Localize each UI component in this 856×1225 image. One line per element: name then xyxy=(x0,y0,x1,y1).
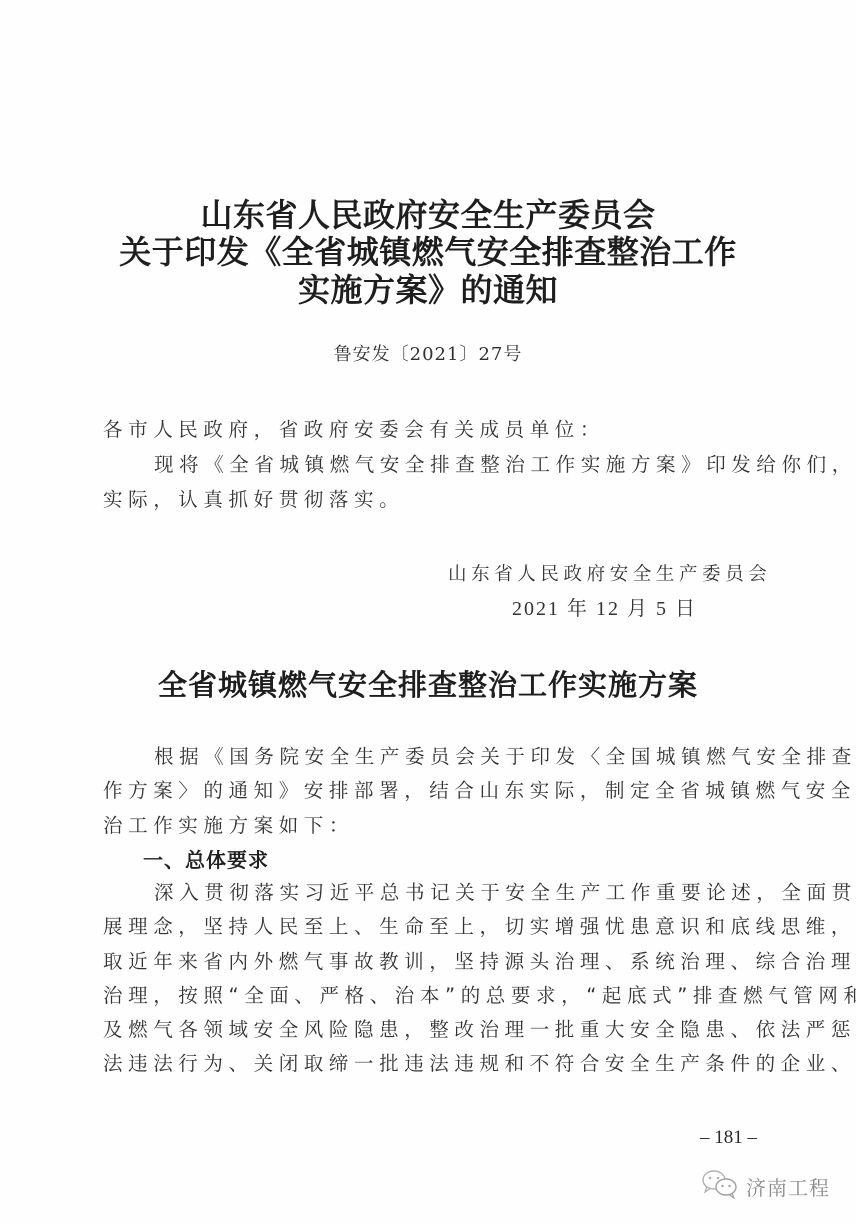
page-number: – 181 – xyxy=(700,1126,757,1150)
notice-body-line-2: 实际，认真抓好贯彻落实。 xyxy=(103,487,763,513)
watermark-text: 济南工程 xyxy=(746,1172,830,1201)
notice-title-line-1: 山东省人民政府安全生产委员会 xyxy=(0,196,856,234)
intro-line-1: 根据《国务院安全生产委员会关于印发〈全国城镇燃气安全排查整治工 xyxy=(154,744,814,770)
wechat-icon xyxy=(700,1168,740,1204)
recipients-line: 各市人民政府，省政府安委会有关成员单位： xyxy=(103,417,763,443)
issue-date: 2021 年 12 月 5 日 xyxy=(512,596,697,622)
notice-title-line-3: 实施方案》的通知 xyxy=(0,271,856,309)
document-number: 鲁安发〔2021〕27号 xyxy=(0,343,856,367)
notice-title-line-2: 关于印发《全省城镇燃气安全排查整治工作 xyxy=(0,233,856,271)
section-1-line-4: 治理，按照“全面、严格、治本”的总要求，“起底式”排查燃气管网和涉 xyxy=(103,983,763,1009)
section-heading-general-requirements: 一、总体要求 xyxy=(143,847,269,873)
section-1-line-5: 及燃气各领域安全风险隐患，整改治理一批重大安全隐患、依法严惩一批非 xyxy=(103,1017,763,1043)
section-1-line-1: 深入贯彻落实习近平总书记关于安全生产工作重要论述，全面贯彻新发 xyxy=(154,880,814,906)
section-1-line-2: 展理念，坚持人民至上、生命至上，切实增强忧患意识和底线思维，深刻吸 xyxy=(103,914,763,940)
notice-body-line-1: 现将《全省城镇燃气安全排查整治工作实施方案》印发给你们，请结合 xyxy=(154,452,814,478)
intro-line-3: 治工作实施方案如下： xyxy=(103,813,763,839)
intro-line-2: 作方案〉的通知》安排部署，结合山东实际，制定全省城镇燃气安全排查整 xyxy=(103,778,763,804)
section-1-line-6: 法违法行为、关闭取缔一批违法违规和不符合安全生产条件的企业、联合惩 xyxy=(103,1051,763,1077)
document-page: 山东省人民政府安全生产委员会 关于印发《全省城镇燃气安全排查整治工作 实施方案》… xyxy=(0,0,856,1225)
watermark: 济南工程 xyxy=(700,1168,830,1204)
plan-title: 全省城镇燃气安全排查整治工作实施方案 xyxy=(0,667,856,703)
issuer-signature: 山东省人民政府安全生产委员会 xyxy=(448,562,771,588)
section-1-line-3: 取近年来省内外燃气事故教训，坚持源头治理、系统治理、综合治理和精准 xyxy=(103,949,763,975)
